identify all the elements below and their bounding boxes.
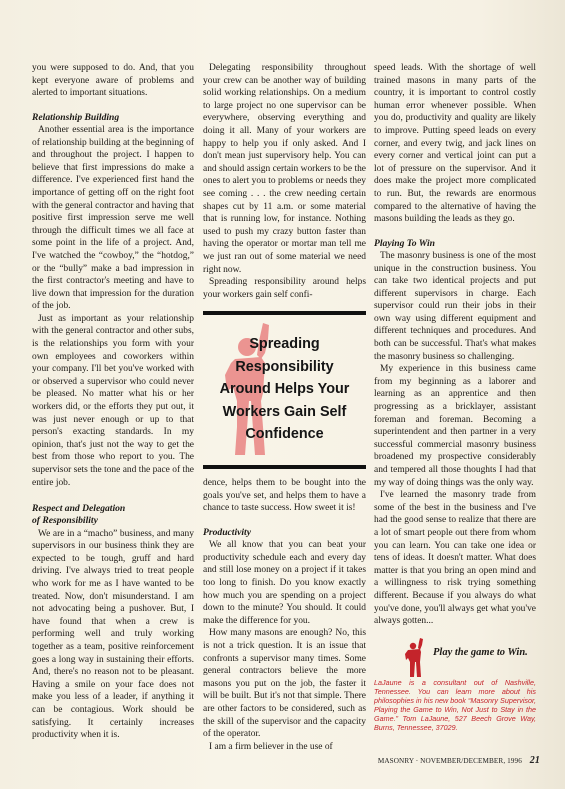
section-heading-productivity: Productivity xyxy=(203,527,366,539)
page-footer: MASONRY · NOVEMBER/DECEMBER, 1996 21 xyxy=(370,755,540,766)
tagline-text: Play the game to Win. xyxy=(433,647,528,660)
page-number: 21 xyxy=(530,755,540,766)
paragraph: you were supposed to do. And, that you k… xyxy=(32,62,194,100)
paragraph: Another essential area is the importance… xyxy=(32,124,194,313)
pull-quote-line: Confidence xyxy=(203,423,366,446)
paragraph: I've learned the masonry trade from some… xyxy=(374,489,536,628)
pull-quote: Spreading Responsibility Around Helps Yo… xyxy=(203,311,366,469)
raised-fist-worker-icon xyxy=(404,638,428,678)
paragraph: We are in a “macho” business, and many s… xyxy=(32,528,194,742)
author-bio: LaJaune is a consultant out of Nashville… xyxy=(374,678,536,733)
paragraph: How many masons are enough? No, this is … xyxy=(203,627,366,740)
pull-quote-text: Spreading Responsibility Around Helps Yo… xyxy=(203,315,366,446)
play-to-win-tagline: Play the game to Win. xyxy=(404,638,536,678)
column-2: Delegating responsibility throughout you… xyxy=(203,62,366,753)
publication-info: MASONRY · NOVEMBER/DECEMBER, 1996 xyxy=(378,757,522,765)
magazine-page: you were supposed to do. And, that you k… xyxy=(0,0,565,789)
section-heading-playing-to-win: Playing To Win xyxy=(374,238,536,250)
column-1: you were supposed to do. And, that you k… xyxy=(32,62,194,742)
paragraph: Just as important as your relationship w… xyxy=(32,313,194,489)
paragraph: speed leads. With the shortage of well t… xyxy=(374,62,536,226)
section-heading-relationship-building: Relationship Building xyxy=(32,112,194,124)
paragraph: We all know that you can beat your produ… xyxy=(203,539,366,627)
pull-quote-line: Responsibility xyxy=(203,356,366,379)
paragraph: dence, helps them to be bought into the … xyxy=(203,477,366,515)
pull-quote-line: Workers Gain Self xyxy=(203,401,366,424)
column-3: speed leads. With the shortage of well t… xyxy=(374,62,536,732)
pull-quote-line: Around Helps Your xyxy=(203,378,366,401)
heading-line: Respect and Delegation xyxy=(32,503,125,514)
section-heading-respect-delegation: Respect and Delegation of Responsibility xyxy=(32,503,194,527)
heading-line: of Responsibility xyxy=(32,515,98,526)
pull-quote-line: Spreading xyxy=(203,333,366,356)
paragraph: The masonry business is one of the most … xyxy=(374,250,536,363)
paragraph: I am a firm believer in the use of xyxy=(203,741,366,754)
paragraph: Delegating responsibility throughout you… xyxy=(203,62,366,276)
paragraph: Spreading responsibility around helps yo… xyxy=(203,276,366,301)
paragraph: My experience in this business came from… xyxy=(374,363,536,489)
